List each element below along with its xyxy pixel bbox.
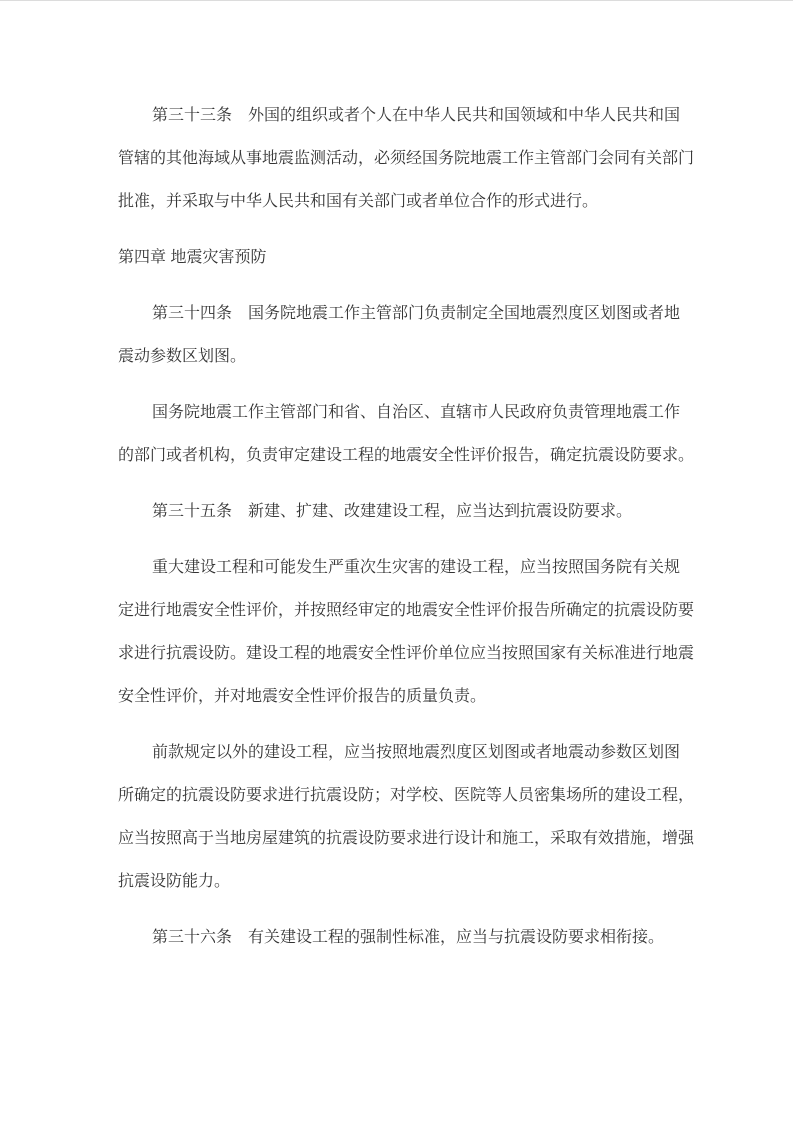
document-page: 第三十三条 外国的组织或者个人在中华人民共和国领域和中华人民共和国管辖的其他海域… bbox=[0, 0, 793, 1122]
paragraph-article-34-continuation: 国务院地震工作主管部门和省、自治区、直辖市人民政府负责管理地震工作的部门或者机构… bbox=[118, 391, 694, 477]
paragraph-article-35-continuation-1: 重大建设工程和可能发生严重次生灾害的建设工程，应当按照国务院有关规定进行地震安全… bbox=[118, 546, 694, 718]
paragraph-article-34: 第三十四条 国务院地震工作主管部门负责制定全国地震烈度区划图或者地震动参数区划图… bbox=[118, 292, 694, 378]
paragraph-article-35: 第三十五条 新建、扩建、改建建设工程，应当达到抗震设防要求。 bbox=[118, 490, 694, 533]
paragraph-article-33: 第三十三条 外国的组织或者个人在中华人民共和国领域和中华人民共和国管辖的其他海域… bbox=[118, 94, 694, 223]
paragraph-article-36: 第三十六条 有关建设工程的强制性标准，应当与抗震设防要求相衔接。 bbox=[118, 916, 694, 959]
paragraph-article-35-continuation-2: 前款规定以外的建设工程，应当按照地震烈度区划图或者地震动参数区划图所确定的抗震设… bbox=[118, 731, 694, 903]
chapter-4-heading: 第四章 地震灾害预防 bbox=[118, 236, 694, 279]
